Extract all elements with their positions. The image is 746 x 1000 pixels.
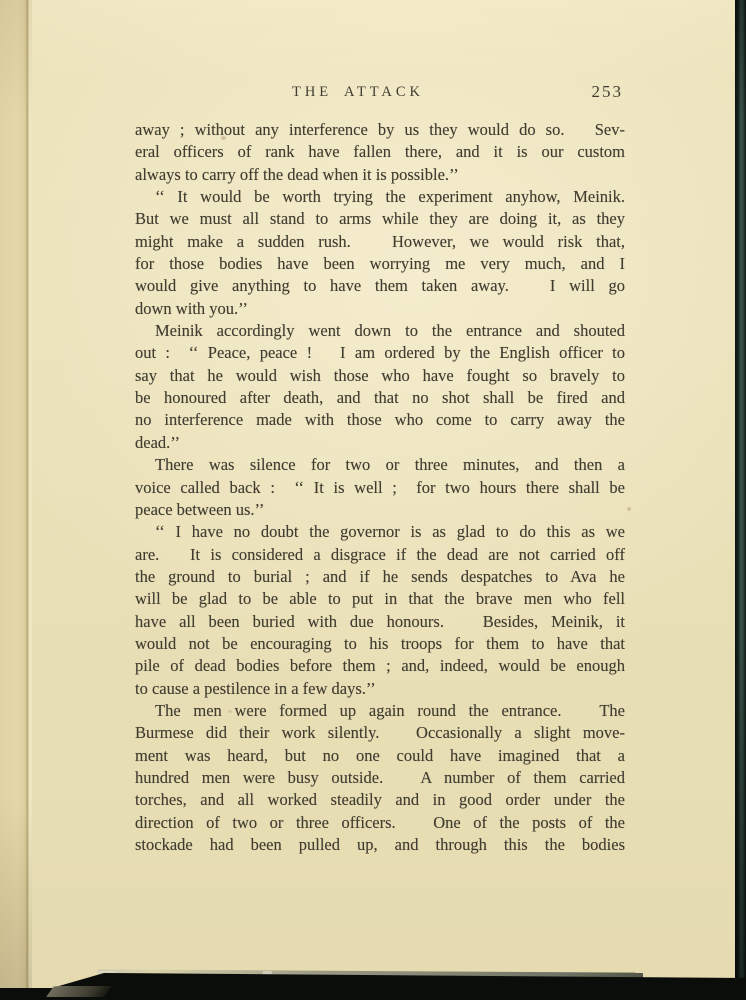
book-page-scan: THE ATTACK 253 away ; without any interf… (0, 0, 746, 1000)
text-line: dead.’’ (135, 432, 625, 454)
text-line: be honoured after death, and that no sho… (135, 387, 625, 409)
paragraph: There was silence for two or three minut… (135, 454, 625, 521)
text-line: no interference made with those who come… (135, 409, 625, 431)
text-line: say that he would wish those who have fo… (135, 365, 625, 387)
text-line: to cause a pestilence in a few days.’’ (135, 678, 625, 700)
running-head: THE ATTACK 253 (135, 84, 625, 104)
paragraph: ‘‘ I have no doubt the governor is as gl… (135, 521, 625, 700)
text-line: But we must all stand to arms while they… (135, 208, 625, 230)
text-line: ‘‘ I have no doubt the governor is as gl… (135, 521, 625, 543)
foxing-speck (627, 507, 631, 511)
text-line: always to carry off the dead when it is … (135, 164, 625, 186)
text-line: ment was heard, but no one could have im… (135, 745, 625, 767)
binding-gutter (0, 0, 32, 1000)
corner-streak (46, 986, 112, 997)
text-line: hundred men were busy outside. A number … (135, 767, 625, 789)
chapter-header: THE ATTACK (292, 84, 424, 101)
text-line: pile of dead bodies before them ; and, i… (135, 655, 625, 677)
text-line: peace between us.’’ (135, 499, 625, 521)
text-line: would give anything to have them taken a… (135, 275, 625, 297)
text-line: stockade had been pulled up, and through… (135, 834, 625, 856)
paragraph: ‘‘ It would be worth trying the experime… (135, 186, 625, 320)
text-line: would not be encouraging to his troops f… (135, 633, 625, 655)
text-line: direction of two or three officers. One … (135, 812, 625, 834)
text-line: will be glad to be able to put in that t… (135, 588, 625, 610)
paragraph: Meinik accordingly went down to the entr… (135, 320, 625, 454)
text-line: There was silence for two or three minut… (135, 454, 625, 476)
text-line: torches, and all worked steadily and in … (135, 789, 625, 811)
text-line: Meinik accordingly went down to the entr… (135, 320, 625, 342)
page-text: away ; without any interference by us th… (135, 119, 625, 856)
paragraph: away ; without any interference by us th… (135, 119, 625, 186)
text-line: out : ‘‘ Peace, peace ! I am ordered by … (135, 342, 625, 364)
text-line: have all been buried with due honours. B… (135, 611, 625, 633)
text-line: might make a sudden rush. However, we wo… (135, 231, 625, 253)
text-line: away ; without any interference by us th… (135, 119, 625, 141)
paragraph: The men were formed up again round the e… (135, 700, 625, 856)
text-line: for those bodies have been worrying me v… (135, 253, 625, 275)
text-line: are. It is considered a disgrace if the … (135, 544, 625, 566)
text-line: ‘‘ It would be worth trying the experime… (135, 186, 625, 208)
text-line: The men were formed up again round the e… (135, 700, 625, 722)
text-line: the ground to burial ; and if he sends d… (135, 566, 625, 588)
text-line: Burmese did their work silently. Occasio… (135, 722, 625, 744)
text-line: voice called back : ‘‘ It is well ; for … (135, 477, 625, 499)
page-number: 253 (592, 82, 624, 102)
text-line: down with you.’’ (135, 298, 625, 320)
text-line: eral officers of rank have fallen there,… (135, 141, 625, 163)
book-cover-edge (735, 0, 746, 1000)
